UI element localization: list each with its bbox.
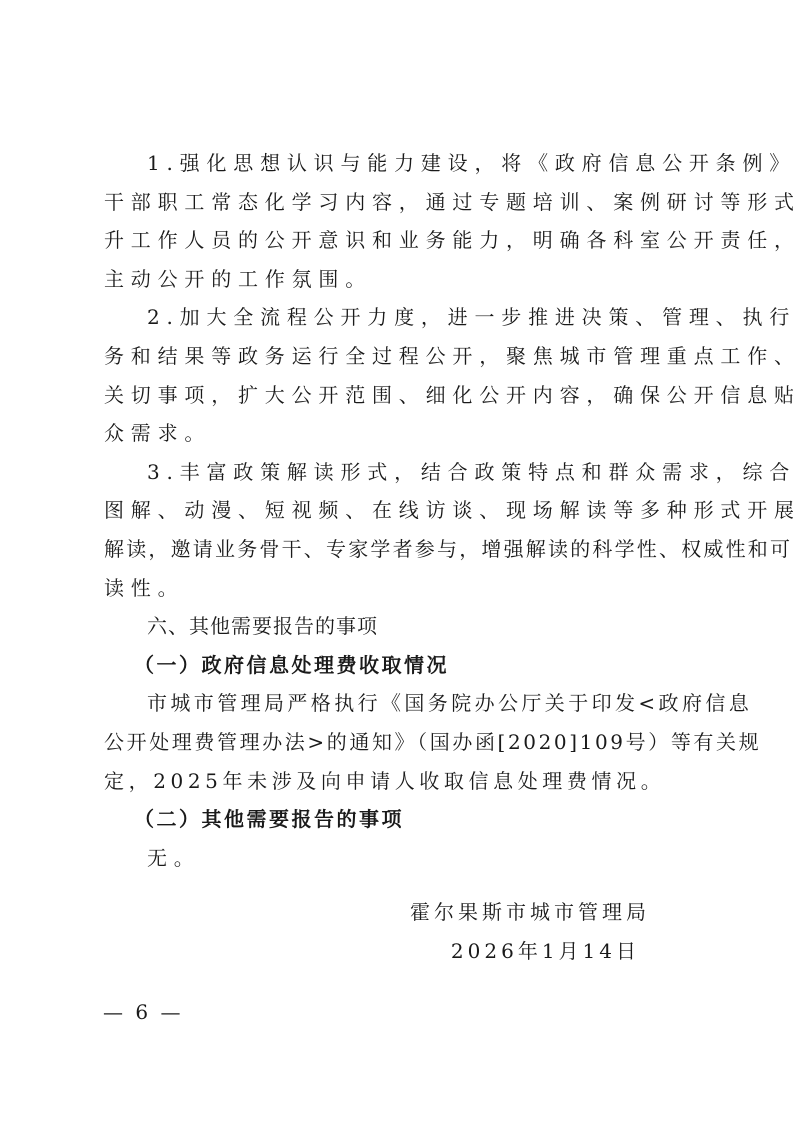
paragraph-item-2: 2.加大全流程公开力度，进一步推进决策、管理、执行、服 务和结果等政务运行全过程… [104, 298, 694, 452]
text-line: 公开处理费管理办法>的通知》（国办函[2020]109号）等有关规 [104, 723, 694, 762]
text-line: 3.丰富政策解读形式，结合政策特点和群众需求，综合运用 [104, 453, 694, 492]
section-heading: 六、其他需要报告的事项 [104, 607, 694, 646]
signing-date: 2026年1月14日 [410, 932, 640, 971]
text-line: 读性。 [104, 569, 694, 608]
text-line: 升工作人员的公开意识和业务能力，明确各科室公开责任，形成 [104, 221, 694, 260]
text-line: 图解、动漫、短视频、在线访谈、现场解读等多种形式开展政策 [104, 491, 694, 530]
paragraph-fee-collection: 市城市管理局严格执行《国务院办公厅关于印发<政府信息 公开处理费管理办法>的通知… [104, 684, 694, 800]
text-line: 关切事项，扩大公开范围、细化公开内容，确保公开信息贴近群 [104, 376, 694, 415]
page-number: — 6 — [103, 1000, 183, 1024]
document-body: 1.强化思想认识与能力建设，将《政府信息公开条例》纳入 干部职工常态化学习内容，… [104, 144, 694, 877]
text-line: 定，2025年未涉及向申请人收取信息处理费情况。 [104, 762, 694, 801]
text-line: 众需求。 [104, 414, 694, 453]
subsection-heading-2: （二）其他需要报告的事项 [104, 800, 694, 839]
text-line: 务和结果等政务运行全过程公开，聚焦城市管理重点工作、民生 [104, 337, 694, 376]
paragraph-none: 无。 [104, 839, 694, 878]
text-line: 干部职工常态化学习内容，通过专题培训、案例研讨等形式，提 [104, 183, 694, 222]
subsection-heading-1: （一）政府信息处理费收取情况 [104, 646, 694, 685]
text-line: 主动公开的工作氛围。 [104, 260, 694, 299]
paragraph-item-1: 1.强化思想认识与能力建设，将《政府信息公开条例》纳入 干部职工常态化学习内容，… [104, 144, 694, 298]
text-line: 市城市管理局严格执行《国务院办公厅关于印发<政府信息 [104, 684, 694, 723]
signing-organization: 霍尔果斯市城市管理局 [410, 893, 640, 932]
signature-block: 霍尔果斯市城市管理局 2026年1月14日 [410, 893, 640, 970]
text-line: 2.加大全流程公开力度，进一步推进决策、管理、执行、服 [104, 298, 694, 337]
text-line: 解读，邀请业务骨干、专家学者参与，增强解读的科学性、权威性和可 [104, 530, 694, 569]
paragraph-item-3: 3.丰富政策解读形式，结合政策特点和群众需求，综合运用 图解、动漫、短视频、在线… [104, 453, 694, 607]
text-line: 1.强化思想认识与能力建设，将《政府信息公开条例》纳入 [104, 144, 694, 183]
